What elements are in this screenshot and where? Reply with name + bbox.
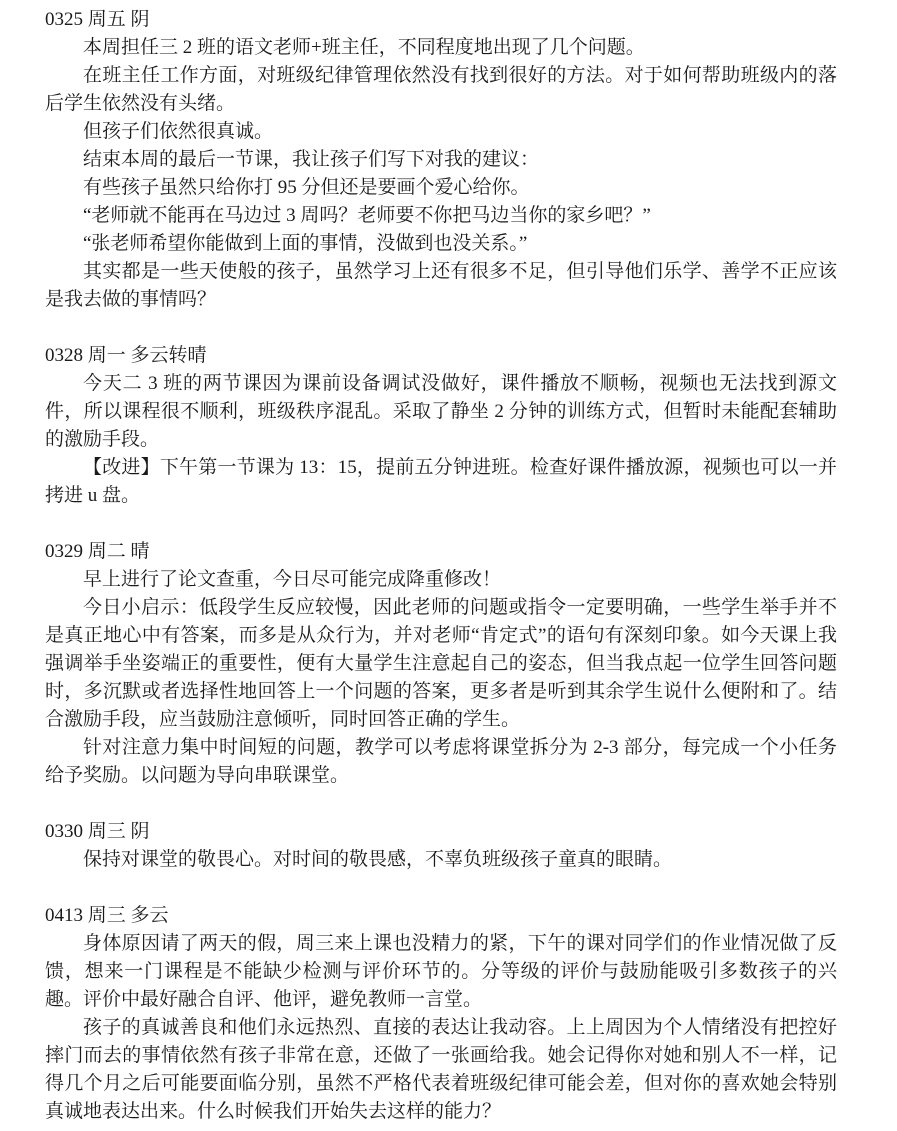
entry-day: 周五 <box>88 9 126 30</box>
journal-paragraph: 身体原因请了两天的假，周三来上课也没精力的紧，下午的课对同学们的作业情况做了反馈… <box>45 930 837 1014</box>
journal-paragraph: “张老师希望你能做到上面的事情，没做到也没关系。” <box>45 230 837 258</box>
journal-paragraph: 今日小启示：低段学生反应较慢，因此老师的问题或指令一定要明确，一些学生举手并不是… <box>45 594 837 734</box>
entry-weather: 多云 <box>131 905 169 926</box>
entry-day: 周三 <box>88 821 126 842</box>
entry-body: 本周担任三 2 班的语文老师+班主任，不同程度地出现了几个问题。在班主任工作方面… <box>45 34 837 314</box>
entry-date: 0329 <box>45 541 83 562</box>
journal-entry: 0330 周三 阴 保持对课堂的敬畏心。对时间的敬畏感，不辜负班级孩子童真的眼睛… <box>45 818 837 874</box>
journal-paragraph: 其实都是一些天使般的孩子，虽然学习上还有很多不足，但引导他们乐学、善学不正应该是… <box>45 258 837 314</box>
entry-heading: 0328 周一 多云转晴 <box>45 342 837 370</box>
entry-weather: 晴 <box>131 541 150 562</box>
entry-heading: 0330 周三 阴 <box>45 818 837 846</box>
journal-paragraph: 有些孩子虽然只给你打 95 分但还是要画个爱心给你。 <box>45 174 837 202</box>
entry-day: 周二 <box>88 541 126 562</box>
journal-paragraph: 早上进行了论文查重，今日尽可能完成降重修改！ <box>45 566 837 594</box>
journal-paragraph: 但孩子们依然很真诚。 <box>45 118 837 146</box>
entry-weather: 阴 <box>131 821 150 842</box>
entry-day: 周一 <box>88 345 126 366</box>
journal-entry: 0325 周五 阴 本周担任三 2 班的语文老师+班主任，不同程度地出现了几个问… <box>45 6 837 314</box>
entry-date: 0325 <box>45 9 83 30</box>
entry-body: 保持对课堂的敬畏心。对时间的敬畏感，不辜负班级孩子童真的眼睛。 <box>45 846 837 874</box>
entry-day: 周三 <box>88 905 126 926</box>
entry-body: 身体原因请了两天的假，周三来上课也没精力的紧，下午的课对同学们的作业情况做了反馈… <box>45 930 837 1126</box>
entry-date: 0328 <box>45 345 83 366</box>
entry-date: 0413 <box>45 905 83 926</box>
journal-entry: 0328 周一 多云转晴 今天二 3 班的两节课因为课前设备调试没做好，课件播放… <box>45 342 837 510</box>
journal-paragraph: 孩子的真诚善良和他们永远热烈、直接的表达让我动容。上上周因为个人情绪没有把控好摔… <box>45 1014 837 1126</box>
journal-paragraph: 结束本周的最后一节课，我让孩子们写下对我的建议： <box>45 146 837 174</box>
journal-paragraph: 保持对课堂的敬畏心。对时间的敬畏感，不辜负班级孩子童真的眼睛。 <box>45 846 837 874</box>
entry-weather: 多云转晴 <box>131 345 207 366</box>
entry-body: 今天二 3 班的两节课因为课前设备调试没做好，课件播放不顺畅，视频也无法找到源文… <box>45 370 837 510</box>
journal-paragraph: 在班主任工作方面，对班级纪律管理依然没有找到很好的方法。对于如何帮助班级内的落后… <box>45 62 837 118</box>
journal-page: 0325 周五 阴 本周担任三 2 班的语文老师+班主任，不同程度地出现了几个问… <box>0 0 897 1131</box>
entry-date: 0330 <box>45 821 83 842</box>
entry-weather: 阴 <box>131 9 150 30</box>
entry-heading: 0329 周二 晴 <box>45 538 837 566</box>
journal-paragraph: 今天二 3 班的两节课因为课前设备调试没做好，课件播放不顺畅，视频也无法找到源文… <box>45 370 837 454</box>
journal-paragraph: 【改进】下午第一节课为 13：15，提前五分钟进班。检查好课件播放源，视频也可以… <box>45 454 837 510</box>
journal-entry: 0329 周二 晴 早上进行了论文查重，今日尽可能完成降重修改！今日小启示：低段… <box>45 538 837 790</box>
entry-heading: 0413 周三 多云 <box>45 902 837 930</box>
journal-paragraph: 本周担任三 2 班的语文老师+班主任，不同程度地出现了几个问题。 <box>45 34 837 62</box>
entry-heading: 0325 周五 阴 <box>45 6 837 34</box>
journal-paragraph: 针对注意力集中时间短的问题，教学可以考虑将课堂拆分为 2-3 部分，每完成一个小… <box>45 734 837 790</box>
entry-body: 早上进行了论文查重，今日尽可能完成降重修改！今日小启示：低段学生反应较慢，因此老… <box>45 566 837 790</box>
journal-entry: 0413 周三 多云 身体原因请了两天的假，周三来上课也没精力的紧，下午的课对同… <box>45 902 837 1126</box>
journal-paragraph: “老师就不能再在马边过 3 周吗？老师要不你把马边当你的家乡吧？” <box>45 202 837 230</box>
